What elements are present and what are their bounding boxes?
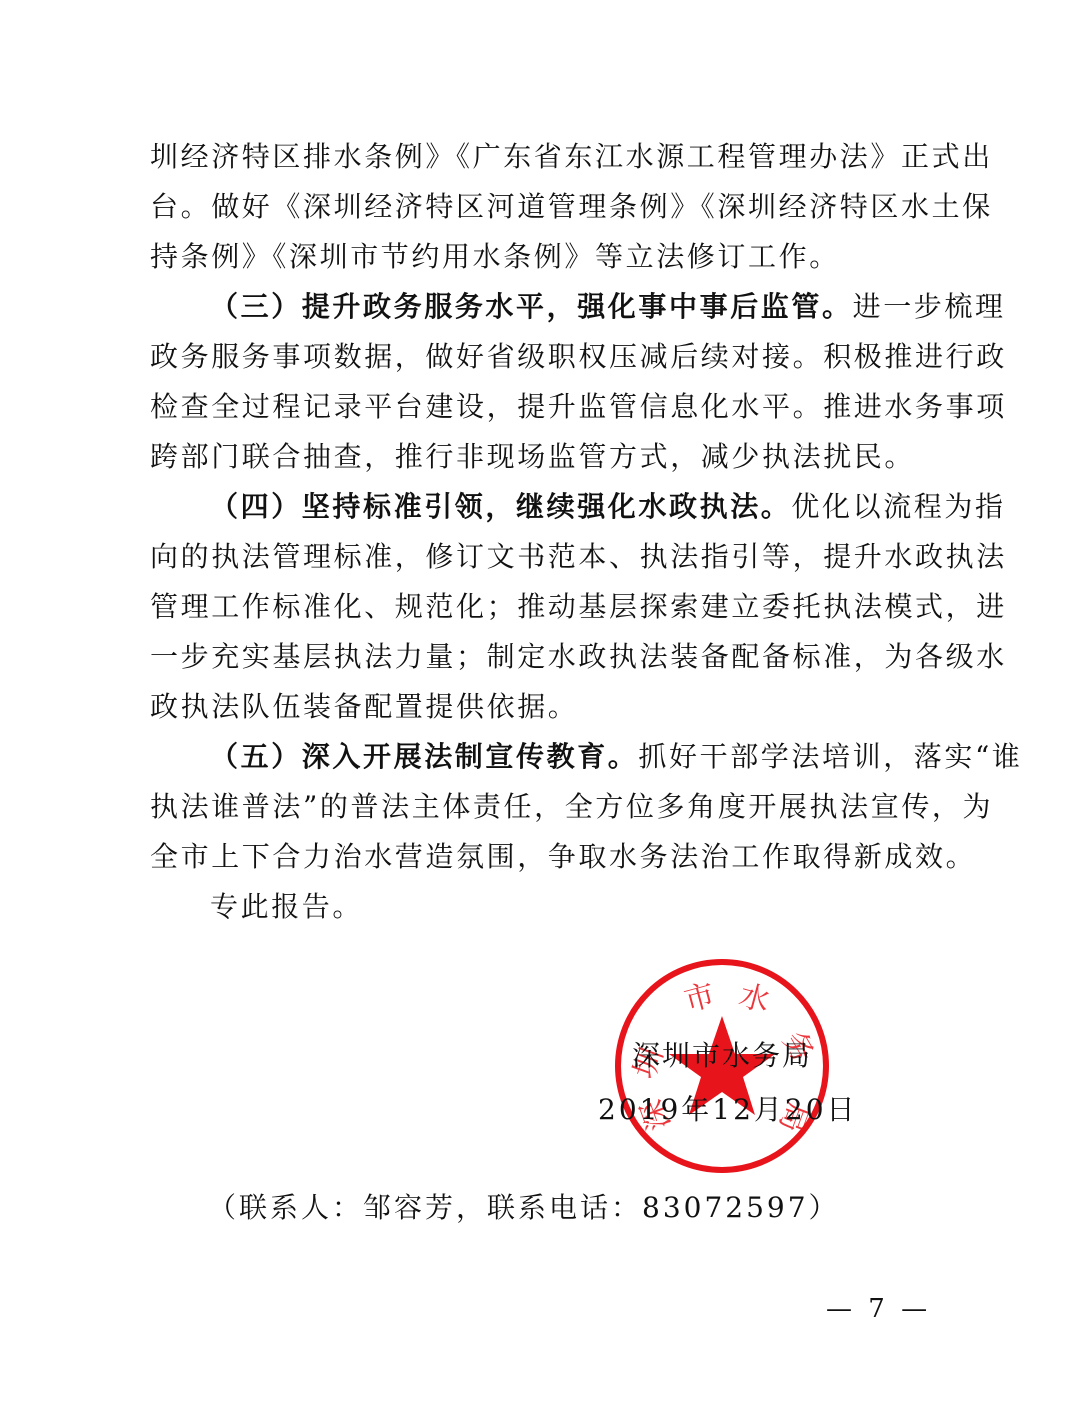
- body-text: 优化以流程为指: [791, 490, 1005, 523]
- body-text: 抓好干部学法培训，落实“谁: [638, 740, 1022, 773]
- contact-info: （联系人：邹容芳，联系电话：83072597）: [208, 1188, 998, 1228]
- body-line: 政执法队伍装备配置提供依据。: [150, 687, 940, 727]
- signature-date: 2019年12月20日: [598, 1090, 858, 1130]
- body-line: 持条例》《深圳市节约用水条例》等立法修订工作。: [150, 237, 940, 277]
- body-line: 全市上下合力治水营造氛围，争取水务法治工作取得新成效。: [150, 837, 940, 877]
- closing-text: 专此报告。: [210, 887, 940, 927]
- body-line: 检查全过程记录平台建设，提升监管信息化水平。推进水务事项: [150, 387, 940, 427]
- section-heading: （五）深入开展法制宣传教育。: [210, 740, 638, 773]
- page-number: — 7 —: [826, 1294, 931, 1324]
- section-4-first-line: （四）坚持标准引领，继续强化水政执法。优化以流程为指: [210, 487, 940, 527]
- section-heading: （四）坚持标准引领，继续强化水政执法。: [210, 490, 791, 523]
- body-line: 台。做好《深圳经济特区河道管理条例》《深圳经济特区水土保: [150, 187, 940, 227]
- body-text: 进一步梳理: [853, 290, 1006, 323]
- body-line: 跨部门联合抽查，推行非现场监管方式，减少执法扰民。: [150, 437, 940, 477]
- body-line: 向的执法管理标准，修订文书范本、执法指引等，提升水政执法: [150, 537, 940, 577]
- svg-text:水: 水: [735, 978, 773, 1020]
- section-3-first-line: （三）提升政务服务水平，强化事中事后监管。进一步梳理: [210, 287, 940, 327]
- body-line: 管理工作标准化、规范化；推动基层探索建立委托执法模式，进: [150, 587, 940, 627]
- svg-text:市: 市: [681, 977, 719, 1019]
- body-line: 政务服务事项数据，做好省级职权压减后续对接。积极推进行政: [150, 337, 940, 377]
- section-5-first-line: （五）深入开展法制宣传教育。抓好干部学法培训，落实“谁: [210, 737, 940, 777]
- section-heading: （三）提升政务服务水平，强化事中事后监管。: [210, 290, 853, 323]
- signature-org: 深圳市水务局: [632, 1036, 812, 1076]
- body-line: 一步充实基层执法力量；制定水政执法装备配备标准，为各级水: [150, 637, 940, 677]
- body-line: 执法谁普法”的普法主体责任，全方位多角度开展执法宣传，为: [150, 787, 940, 827]
- body-line: 圳经济特区排水条例》《广东省东江水源工程管理办法》正式出: [150, 137, 940, 177]
